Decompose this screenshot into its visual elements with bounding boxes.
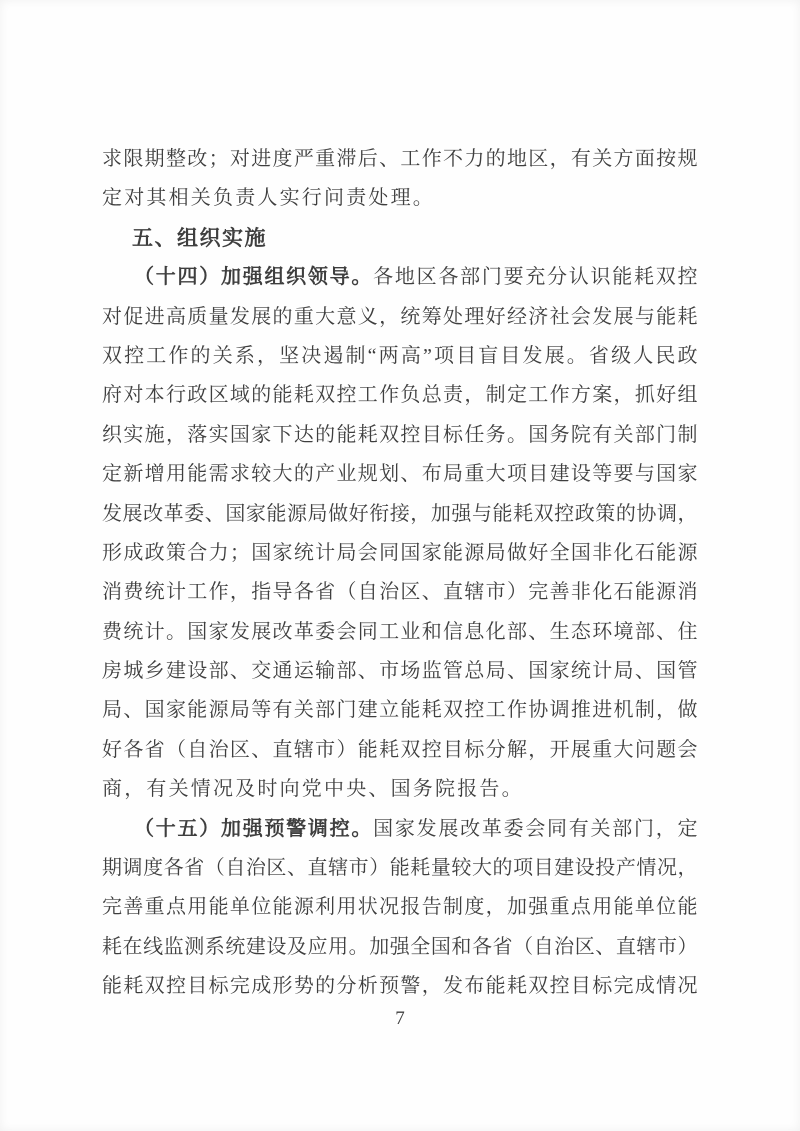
text-run: 双控工作的关系，坚决遏制“两高”项目盲目发展。省级人民政 bbox=[102, 345, 698, 367]
text-line: 消费统计工作，指导各省（自治区、直辖市）完善非化石能源消 bbox=[102, 573, 698, 612]
text-run: 消费统计工作，指导各省（自治区、直辖市）完善非化石能源消 bbox=[102, 581, 698, 603]
text-line: 能耗双控目标完成形势的分析预警，发布能耗双控目标完成情况 bbox=[102, 967, 698, 1006]
section-heading: 五、组织实施 bbox=[102, 219, 698, 258]
text-line: 对促进高质量发展的重大意义，统筹处理好经济社会发展与能耗 bbox=[102, 298, 698, 337]
text-line: 发展改革委、国家能源局做好衔接，加强与能耗双控政策的协调， bbox=[102, 495, 698, 534]
text-run: 求限期整改；对进度严重滞后、工作不力的地区，有关方面按规 bbox=[102, 148, 698, 170]
document-body: 求限期整改；对进度严重滞后、工作不力的地区，有关方面按规 定对其相关负责人实行问… bbox=[0, 0, 800, 1031]
text-run: 好各省（自治区、直辖市）能耗双控目标分解，开展重大问题会 bbox=[102, 739, 698, 761]
text-run: 能耗双控目标完成形势的分析预警，发布能耗双控目标完成情况 bbox=[102, 975, 698, 997]
text-line: 府对本行政区域的能耗双控工作负总责，制定工作方案，抓好组 bbox=[102, 376, 698, 415]
paragraph-lead: （十四）加强组织领导。 bbox=[134, 266, 373, 288]
text-line: 房城乡建设部、交通运输部、市场监管总局、国家统计局、国管 bbox=[102, 652, 698, 691]
text-line: 定对其相关负责人实行问责处理。 bbox=[102, 179, 698, 218]
text-line: （十五）加强预警调控。国家发展改革委会同有关部门，定 bbox=[102, 810, 698, 849]
text-run: 耗在线监测系统建设及应用。加强全国和各省（自治区、直辖市） bbox=[102, 936, 698, 958]
page-number: 7 bbox=[102, 1007, 698, 1031]
text-line: 期调度各省（自治区、直辖市）能耗量较大的项目建设投产情况， bbox=[102, 849, 698, 888]
text-run: 国家发展改革委会同有关部门，定 bbox=[373, 818, 698, 840]
text-line: 定新增用能需求较大的产业规划、布局重大项目建设等要与国家 bbox=[102, 455, 698, 494]
text-run: 府对本行政区域的能耗双控工作负总责，制定工作方案，抓好组 bbox=[102, 384, 698, 406]
text-line: 局、国家能源局等有关部门建立能耗双控工作协调推进机制，做 bbox=[102, 691, 698, 730]
section-heading-text: 五、组织实施 bbox=[132, 227, 267, 250]
text-run: 各地区各部门要充分认识能耗双控 bbox=[373, 266, 698, 288]
text-line: 形成政策合力；国家统计局会同国家能源局做好全国非化石能源 bbox=[102, 534, 698, 573]
text-run: 期调度各省（自治区、直辖市）能耗量较大的项目建设投产情况， bbox=[102, 857, 698, 879]
text-line: 织实施，落实国家下达的能耗双控目标任务。国务院有关部门制 bbox=[102, 416, 698, 455]
text-run: 定新增用能需求较大的产业规划、布局重大项目建设等要与国家 bbox=[102, 463, 698, 485]
text-run: 费统计。国家发展改革委会同工业和信息化部、生态环境部、住 bbox=[102, 621, 698, 643]
text-line: 双控工作的关系，坚决遏制“两高”项目盲目发展。省级人民政 bbox=[102, 337, 698, 376]
text-line: （十四）加强组织领导。各地区各部门要充分认识能耗双控 bbox=[102, 258, 698, 297]
text-line: 求限期整改；对进度严重滞后、工作不力的地区，有关方面按规 bbox=[102, 140, 698, 179]
text-run: 局、国家能源局等有关部门建立能耗双控工作协调推进机制，做 bbox=[102, 699, 698, 721]
text-run: 发展改革委、国家能源局做好衔接，加强与能耗双控政策的协调， bbox=[102, 503, 698, 525]
text-run: 房城乡建设部、交通运输部、市场监管总局、国家统计局、国管 bbox=[102, 660, 698, 682]
text-line: 完善重点用能单位能源利用状况报告制度，加强重点用能单位能 bbox=[102, 888, 698, 927]
paragraph-lead: （十五）加强预警调控。 bbox=[134, 818, 373, 840]
text-line: 费统计。国家发展改革委会同工业和信息化部、生态环境部、住 bbox=[102, 613, 698, 652]
text-line: 好各省（自治区、直辖市）能耗双控目标分解，开展重大问题会 bbox=[102, 731, 698, 770]
text-run: 定对其相关负责人实行问责处理。 bbox=[102, 187, 435, 209]
text-line: 商，有关情况及时向党中央、国务院报告。 bbox=[102, 770, 698, 809]
text-run: 形成政策合力；国家统计局会同国家能源局做好全国非化石能源 bbox=[102, 542, 698, 564]
text-line: 耗在线监测系统建设及应用。加强全国和各省（自治区、直辖市） bbox=[102, 928, 698, 967]
text-run: 完善重点用能单位能源利用状况报告制度，加强重点用能单位能 bbox=[102, 896, 698, 918]
text-run: 商，有关情况及时向党中央、国务院报告。 bbox=[102, 778, 524, 800]
document-page: 求限期整改；对进度严重滞后、工作不力的地区，有关方面按规 定对其相关负责人实行问… bbox=[0, 0, 800, 1131]
text-run: 对促进高质量发展的重大意义，统筹处理好经济社会发展与能耗 bbox=[102, 306, 698, 328]
text-run: 织实施，落实国家下达的能耗双控目标任务。国务院有关部门制 bbox=[102, 424, 698, 446]
